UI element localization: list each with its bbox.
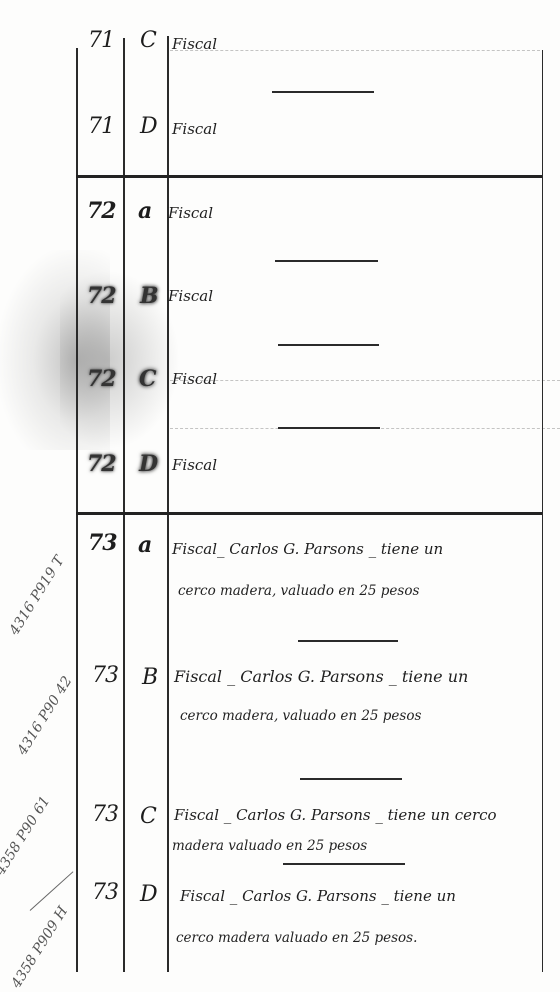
scan-smudge: [0, 250, 110, 450]
row-number: 72: [87, 366, 116, 392]
column-border-left: [76, 48, 78, 972]
row-letter: C: [140, 804, 157, 829]
row-number: 73: [92, 663, 118, 688]
row-entry: Fiscal: [168, 287, 213, 305]
row-number: 71: [88, 114, 114, 139]
entry-divider: [300, 778, 402, 780]
column-border-right: [542, 50, 543, 972]
ruled-line: [170, 50, 540, 52]
row-entry: Fiscal_ Carlos G. Parsons _ tiene un: [172, 540, 443, 558]
ruled-line: [170, 380, 560, 382]
row-description: cerco madera valuado en 25 pesos.: [176, 930, 417, 946]
pencil-mark: [30, 871, 74, 911]
row-letter: D: [140, 114, 158, 139]
row-entry: Fiscal _ Carlos G. Parsons _ tiene un: [174, 667, 468, 686]
row-entry: Fiscal _ Carlos G. Parsons _ tiene un ce…: [174, 806, 497, 824]
row-number: 73: [92, 802, 118, 827]
row-description: madera valuado en 25 pesos: [172, 838, 367, 854]
entry-divider: [278, 344, 379, 346]
entry-divider: [283, 863, 405, 865]
row-number: 72: [87, 198, 116, 224]
margin-note: 4316 P919 T: [6, 553, 67, 638]
entry-divider: [275, 260, 378, 262]
margin-note: 4358 P90 61: [0, 794, 53, 878]
row-entry: Fiscal: [172, 370, 217, 388]
row-number: 72: [87, 283, 116, 309]
margin-note: 4316 P90 42: [14, 674, 75, 758]
entry-divider: [298, 640, 398, 642]
row-letter: D: [140, 882, 158, 907]
margin-note: 4358 P909 H: [8, 904, 71, 991]
row-entry: Fiscal: [172, 35, 217, 53]
entry-divider: [278, 427, 380, 429]
row-entry: Fiscal: [172, 456, 217, 474]
row-entry: Fiscal _ Carlos G. Parsons _ tiene un: [180, 887, 456, 905]
row-letter: B: [142, 665, 158, 690]
row-number: 71: [88, 28, 114, 53]
row-letter: C: [139, 366, 157, 392]
row-description: cerco madera, valuado en 25 pesos: [180, 708, 421, 724]
row-letter: a: [138, 198, 152, 224]
row-letter: a: [138, 532, 152, 558]
row-entry: Fiscal: [168, 204, 213, 222]
group-separator: [76, 512, 542, 515]
scan-smudge: [60, 270, 180, 450]
row-number: 73: [88, 530, 117, 556]
row-description: cerco madera, valuado en 25 pesos: [178, 583, 419, 599]
row-number: 72: [87, 451, 116, 477]
entry-divider: [272, 91, 374, 93]
row-letter: C: [140, 28, 157, 53]
column-divider-number: [123, 38, 125, 972]
row-letter: B: [140, 283, 159, 309]
group-separator: [76, 175, 542, 178]
row-letter: D: [139, 451, 158, 477]
row-entry: Fiscal: [172, 120, 217, 138]
row-number: 73: [92, 880, 118, 905]
ledger-page: 71 C Fiscal 71 D Fiscal 72 a Fiscal 72 B…: [0, 0, 560, 992]
